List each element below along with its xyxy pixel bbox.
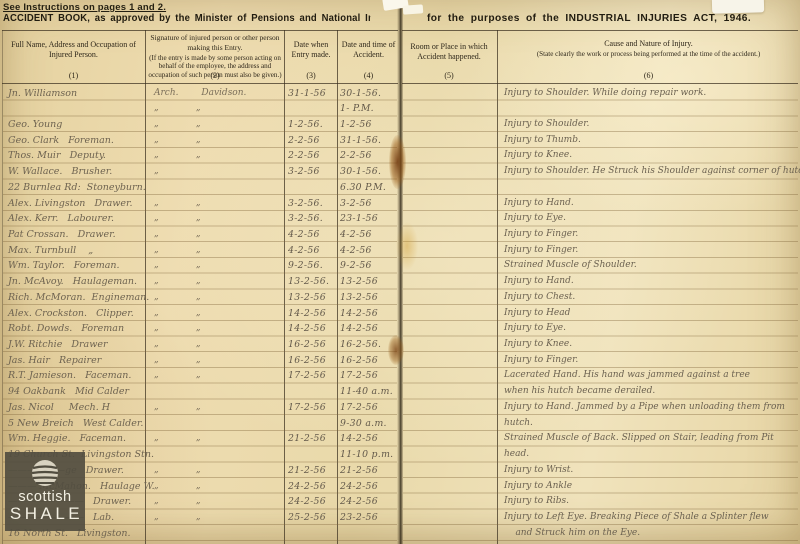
row-6-name-cell: W. Wallace. Brusher. (8, 164, 150, 180)
column-2-number: (2) (146, 71, 284, 81)
stain-mark (389, 135, 406, 189)
row-3-cause-cell: Injury to Shoulder. (504, 117, 800, 133)
row-11-acc-cell: 4-2-56 (340, 243, 398, 259)
row-27-acc-cell: 24-2-56 (340, 494, 398, 510)
row-4-entry-cell: 2-2-56 (288, 133, 336, 149)
row-9-entry-cell: 3-2-56. (288, 211, 336, 227)
row-25-cause-cell: Injury to Wrist. (504, 463, 800, 479)
row-16-acc-cell: 14-2-56 (340, 321, 398, 337)
row-21-name-cell: Jas. Nicol Mech. H (8, 400, 150, 416)
row-9-name-cell: Alex. Kerr. Labourer. (8, 211, 150, 227)
row-17-entry-cell: 16-2-56 (288, 337, 336, 353)
row-25-sig-cell: „ „ (154, 463, 280, 479)
row-1-cause-cell: Injury to Shoulder. While doing repair w… (504, 86, 800, 102)
row-14-cause-cell: Injury to Chest. (504, 290, 800, 306)
row-16-name-cell: Robt. Dowds. Foreman (8, 321, 150, 337)
watermark-text-scottish: scottish (18, 490, 71, 505)
column-1-number: (1) (2, 71, 145, 81)
page-title-left: ACCIDENT BOOK, as approved by the Minist… (3, 13, 370, 24)
row-5-entry-cell: 2-2-56 (288, 148, 336, 164)
row-10-cause-cell: Injury to Finger. (504, 227, 800, 243)
row-16-cause-cell: Injury to Eye. (504, 321, 800, 337)
stain-mark (396, 222, 418, 270)
row-8-entry-cell: 3-2-56. (288, 196, 336, 212)
row-1-name-cell: Jn. Williamson (8, 86, 150, 102)
stain-mark (388, 335, 404, 365)
row-19-sig-cell: „ „ (154, 368, 280, 384)
row-4-name-cell: Geo. Clark Foreman. (8, 133, 150, 149)
row-14-entry-cell: 13-2-56 (288, 290, 336, 306)
column-1-label: Full Name, Address and Occupation of Inj… (11, 40, 136, 59)
row-20-cause-cell: when his hutch became derailed. (504, 384, 800, 400)
column-2-label: Signature of injured person or other per… (150, 33, 279, 52)
row-24-acc-cell: 11-10 p.m. (340, 447, 398, 463)
row-20-acc-cell: 11-40 a.m. (340, 384, 398, 400)
row-15-entry-cell: 14-2-56 (288, 306, 336, 322)
row-28-cause-cell: Injury to Left Eye. Breaking Piece of Sh… (504, 510, 800, 526)
row-17-cause-cell: Injury to Knee. (504, 337, 800, 353)
row-27-entry-cell: 24-2-56 (288, 494, 336, 510)
column-header-2: Signature of injured person or other per… (146, 31, 284, 83)
row-19-cause-cell: Lacerated Hand. His hand was jammed agai… (504, 368, 800, 384)
row-17-sig-cell: „ „ (154, 337, 280, 353)
row-3-name-cell: Geo. Young (8, 117, 150, 133)
column-header-1: Full Name, Address and Occupation of Inj… (2, 31, 145, 83)
row-27-cause-cell: Injury to Ribs. (504, 494, 800, 510)
row-23-name-cell: Wm. Heggie. Faceman. (8, 431, 150, 447)
row-1-entry-cell: 31-1-56 (288, 86, 336, 102)
row-12-acc-cell: 9-2-56 (340, 258, 398, 274)
row-7-acc-cell: 6.30 P.M. (340, 180, 398, 196)
row-15-sig-cell: „ „ (154, 306, 280, 322)
row-22-acc-cell: 9-30 a.m. (340, 416, 398, 432)
row-8-name-cell: Alex. Livingston Drawer. (8, 196, 150, 212)
row-12-sig-cell: „ „ (154, 258, 280, 274)
row-5-name-cell: Thos. Muir Deputy. (8, 148, 150, 164)
row-20-name-cell: 94 Oakbank Mid Calder (8, 384, 150, 400)
row-10-entry-cell: 4-2-56 (288, 227, 336, 243)
watermark-text-shale: SHALE (10, 505, 83, 524)
row-10-acc-cell: 4-2-56 (340, 227, 398, 243)
row-21-acc-cell: 17-2-56 (340, 400, 398, 416)
column-header-3: Date when Entry made. (3) (285, 31, 337, 83)
row-5-cause-cell: Injury to Knee. (504, 148, 800, 164)
row-3-acc-cell: 1-2-56 (340, 117, 398, 133)
row-21-sig-cell: „ „ (154, 400, 280, 416)
row-24-cause-cell: head. (504, 447, 800, 463)
row-26-cause-cell: Injury to Ankle (504, 479, 800, 495)
column-6-number: (6) (498, 71, 799, 81)
header-bottom-border-left (2, 83, 398, 84)
instructions-note: See Instructions on pages 1 and 2. (3, 2, 166, 13)
row-3-entry-cell: 1-2-56. (288, 117, 336, 133)
row-6-sig-cell: „ (154, 164, 280, 180)
row-26-entry-cell: 24-2-56 (288, 479, 336, 495)
row-3-sig-cell: „ „ (154, 117, 280, 133)
row-18-entry-cell: 16-2-56 (288, 353, 336, 369)
row-8-cause-cell: Injury to Hand. (504, 196, 800, 212)
row-4-sig-cell: „ „ (154, 133, 280, 149)
row-22-cause-cell: hutch. (504, 416, 800, 432)
scottish-shale-watermark: scottish SHALE (5, 452, 85, 531)
row-5-sig-cell: „ „ (154, 148, 280, 164)
header-bottom-border-right (402, 83, 798, 84)
paper-sticker (712, 0, 764, 14)
column-6-sublabel: (State clearly the work or process being… (498, 50, 799, 59)
row-1-sig-cell: Arch. Davidson. (154, 86, 280, 102)
row-6-entry-cell: 3-2-56 (288, 164, 336, 180)
accident-book-page: See Instructions on pages 1 and 2. ACCID… (0, 0, 800, 544)
row-4-acc-cell: 31-1-56. (340, 133, 398, 149)
row-11-sig-cell: „ „ (154, 243, 280, 259)
row-9-sig-cell: „ „ (154, 211, 280, 227)
row-11-name-cell: Max. Turnbull „ (8, 243, 150, 259)
page-title-right: for the purposes of the INDUSTRIAL INJUR… (427, 13, 751, 24)
row-13-sig-cell: „ „ (154, 274, 280, 290)
row-10-name-cell: Pat Crossan. Drawer. (8, 227, 150, 243)
column-6-label: Cause and Nature of Injury. (604, 39, 693, 48)
row-11-cause-cell: Injury to Finger. (504, 243, 800, 259)
row-11-entry-cell: 4-2-56 (288, 243, 336, 259)
column-3-label: Date when Entry made. (291, 40, 330, 59)
row-28-entry-cell: 25-2-56 (288, 510, 336, 526)
row-16-sig-cell: „ „ (154, 321, 280, 337)
row-23-sig-cell: „ „ (154, 431, 280, 447)
row-26-acc-cell: 24-2-56 (340, 479, 398, 495)
row-25-acc-cell: 21-2-56 (340, 463, 398, 479)
shale-orb-icon (29, 458, 61, 488)
column-3-number: (3) (285, 71, 337, 81)
row-22-name-cell: 5 New Breich West Calder. (8, 416, 150, 432)
row-17-name-cell: J.W. Ritchie Drawer (8, 337, 150, 353)
row-19-name-cell: R.T. Jamieson. Faceman. (8, 368, 150, 384)
row-14-acc-cell: 13-2-56 (340, 290, 398, 306)
row-9-cause-cell: Injury to Eye. (504, 211, 800, 227)
column-header-5: Room or Place in which Accident happened… (401, 31, 497, 83)
column-header-4: Date and time of Accident. (4) (338, 31, 399, 83)
row-6-cause-cell: Injury to Shoulder. He Struck his Should… (504, 164, 800, 180)
row-14-sig-cell: „ „ (154, 290, 280, 306)
page-gutter (397, 0, 403, 544)
row-13-acc-cell: 13-2-56 (340, 274, 398, 290)
row-28-sig-cell: „ „ (154, 510, 280, 526)
row-12-entry-cell: 9-2-56. (288, 258, 336, 274)
row-8-sig-cell: „ „ (154, 196, 280, 212)
row-1-acc-cell: 30-1-56. (340, 86, 398, 102)
row-15-acc-cell: 14-2-56 (340, 306, 398, 322)
row-28-acc-cell: 23-2-56 (340, 510, 398, 526)
row-14-name-cell: Rich. McMoran. Engineman. (8, 290, 150, 306)
row-25-entry-cell: 21-2-56 (288, 463, 336, 479)
row-13-entry-cell: 13-2-56. (288, 274, 336, 290)
row-10-sig-cell: „ „ (154, 227, 280, 243)
row-16-entry-cell: 14-2-56 (288, 321, 336, 337)
row-15-cause-cell: Injury to Head (504, 306, 800, 322)
column-4-number: (4) (338, 71, 399, 81)
row-13-name-cell: Jn. McAvoy. Haulageman. (8, 274, 150, 290)
column-5-number: (5) (401, 71, 497, 81)
column-header-6: Cause and Nature of Injury. (State clear… (498, 31, 799, 83)
paper-patch (403, 4, 424, 14)
row-21-cause-cell: Injury to Hand. Jammed by a Pipe when un… (504, 400, 800, 416)
row-18-sig-cell: „ „ (154, 353, 280, 369)
row-4-cause-cell: Injury to Thumb. (504, 133, 800, 149)
row-29-cause-cell: and Struck him on the Eye. (504, 526, 800, 542)
row-15-name-cell: Alex. Crockston. Clipper. (8, 306, 150, 322)
row-19-acc-cell: 17-2-56 (340, 368, 398, 384)
row-13-cause-cell: Injury to Hand. (504, 274, 800, 290)
row-2-acc-cell: 1- P.M. (340, 101, 398, 117)
column-5-label: Room or Place in which Accident happened… (410, 42, 487, 61)
row-23-cause-cell: Strained Muscle of Back. Slipped on Stai… (504, 431, 800, 447)
row-23-acc-cell: 14-2-56 (340, 431, 398, 447)
row-9-acc-cell: 23-1-56 (340, 211, 398, 227)
row-12-cause-cell: Strained Muscle of Shoulder. (504, 258, 800, 274)
row-23-entry-cell: 21-2-56 (288, 431, 336, 447)
row-7-name-cell: 22 Burnlea Rd: Stoneyburn. (8, 180, 150, 196)
row-12-name-cell: Wm. Taylor. Foreman. (8, 258, 150, 274)
row-18-name-cell: Jas. Hair Repairer (8, 353, 150, 369)
row-2-sig-cell: „ „ (154, 101, 280, 117)
row-19-entry-cell: 17-2-56 (288, 368, 336, 384)
row-21-entry-cell: 17-2-56 (288, 400, 336, 416)
row-18-cause-cell: Injury to Finger. (504, 353, 800, 369)
row-27-sig-cell: „ „ (154, 494, 280, 510)
row-26-sig-cell: „ „ (154, 479, 280, 495)
row-8-acc-cell: 3-2-56 (340, 196, 398, 212)
column-4-label: Date and time of Accident. (342, 40, 396, 59)
